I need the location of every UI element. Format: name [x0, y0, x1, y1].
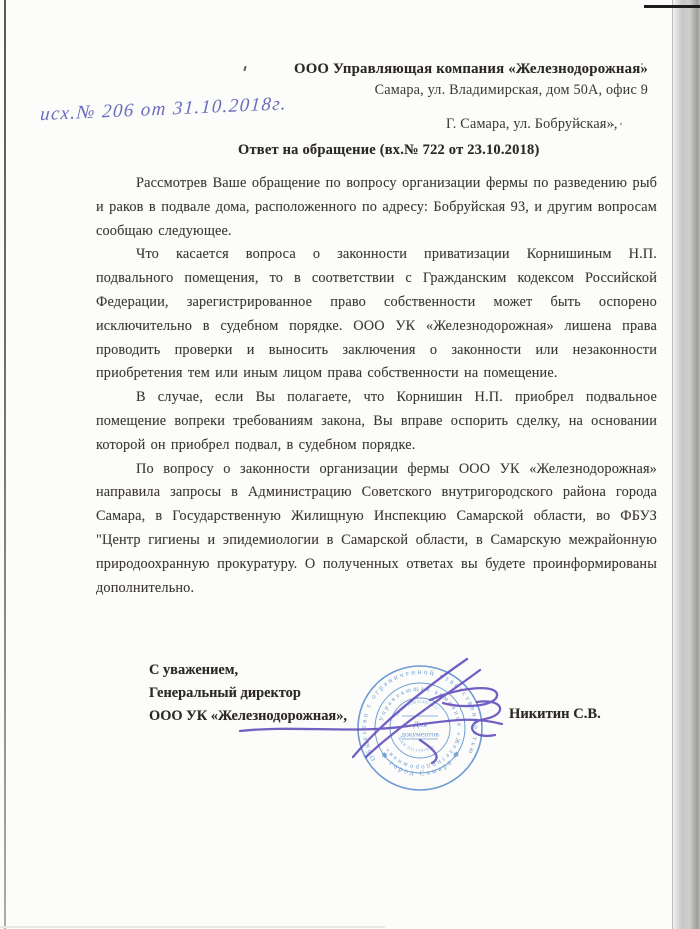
- scan-bottom-edge: [0, 926, 385, 928]
- scan-speck: [243, 66, 246, 71]
- paragraph-2: Что касается вопроса о законности приват…: [96, 243, 657, 386]
- scan-left-edge: [4, 0, 6, 929]
- scan-artifact-line: [644, 5, 700, 8]
- handwritten-outgoing-number: исх.№ 206 от 31.10.2018г.: [39, 92, 320, 126]
- scanned-letter-page: ООО Управляющая компания «Железнодорожна…: [0, 0, 700, 929]
- letter-body: Рассмотрев Ваше обращение по вопросу орг…: [96, 172, 657, 600]
- company-name: ООО Управляющая компания «Железнодорожна…: [294, 61, 648, 78]
- letterhead: ООО Управляющая компания «Железнодорожна…: [294, 61, 648, 99]
- recipient-address: Г. Самара, ул. Бобруйская»,: [446, 116, 618, 133]
- subject-line: Ответ на обращение (вх.№ 722 от 23.10.20…: [238, 142, 540, 159]
- paragraph-1: Рассмотрев Ваше обращение по вопросу орг…: [96, 172, 657, 243]
- company-address: Самара, ул. Владимирская, дом 50А, офис …: [294, 82, 648, 99]
- handwritten-signature-icon: [233, 646, 518, 776]
- scan-right-edge-band: [672, 0, 700, 929]
- paragraph-3: В случае, если Вы полагаете, что Корниши…: [96, 386, 657, 457]
- paragraph-4: По вопросу о законности организации ферм…: [96, 458, 657, 601]
- signer-name: Никитин С.В.: [509, 706, 601, 723]
